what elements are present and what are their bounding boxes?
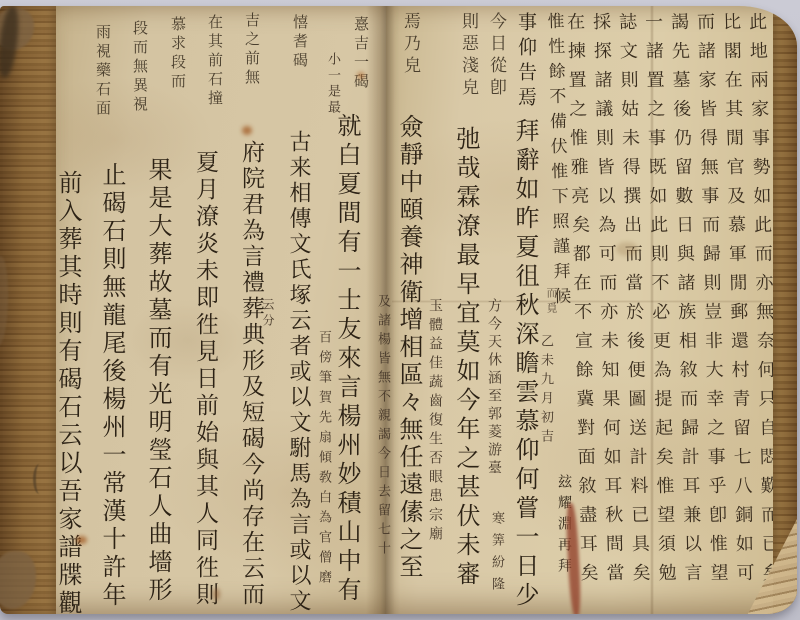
- main-column-1: 就白夏間有一士友來言楊州妙積山中有: [334, 113, 358, 606]
- main-column-7: 前入葬其時則有碣石云以吾家譜牒觀: [55, 170, 79, 614]
- main-column-5: 果是大葬故墓而有光明瑩石人曲墻形: [145, 157, 169, 605]
- top-small-column-4: 段而無異視: [131, 20, 146, 115]
- manuscript-book: 此地兩家事勢如此而亦無奈何只自悶歎而已矣 比閣在其閒官及慕軍閒郵還村青留七八銅如…: [0, 6, 797, 614]
- prev-entry-tail-3: 憘耆碣: [291, 14, 306, 71]
- foxing-spot-1: [242, 126, 252, 135]
- date-prefix-note: 而覓: [545, 287, 556, 317]
- letter-column-rains: 弛哉霖潦最早宜莫如今年之甚伏未審: [453, 126, 477, 590]
- interlinear-note-1: 云分: [262, 298, 274, 330]
- photo-backdrop: 此地兩家事勢如此而亦無奈何只自悶歎而已矣 比閣在其閒官及慕軍閒郵還村青留七八銅如…: [0, 0, 800, 620]
- torn-corner-bottom-left: [0, 551, 36, 609]
- torn-edge-fray: [0, 256, 8, 346]
- letter-head-4: 焉乃皃: [402, 12, 419, 78]
- main-column-6: 止碣石則無龍尾後楊州一常漢十許年: [99, 162, 123, 610]
- prev-entry-tail-1: 憙吉一碣: [352, 16, 367, 92]
- page-edge-stack-right: [773, 6, 797, 614]
- top-small-column-3: 慕求段而: [169, 16, 184, 92]
- letter-small-note-2: 寒筭紛隆: [491, 511, 504, 599]
- pen-mark-on-edge: [33, 464, 46, 494]
- prev-entry-tail-2: 小一是最: [327, 52, 340, 116]
- letter-head-2: 今日從卽: [488, 12, 505, 100]
- foxing-spot-2: [76, 536, 87, 544]
- top-small-column-2: 在其前石撞: [206, 14, 221, 109]
- interlinear-note-2: 百傍筆賀先扇傾敎白為官僧磨: [318, 330, 331, 590]
- main-column-4: 夏月潦炎未即徃見日前始與其人同徃則: [194, 150, 217, 609]
- letter-small-note-1: 方今天休涵至郭菱游臺: [486, 298, 500, 478]
- letter-column-regards: 僉靜中頤養神衛增相區々無任遠傃之至: [396, 114, 420, 582]
- main-column-3: 府院君為言禮葬典形及短碣今尚存在云而: [240, 140, 263, 608]
- top-small-column-5: 雨視藥石面: [94, 24, 109, 119]
- letter-head-3: 則惡淺皃: [460, 12, 477, 100]
- foxing-spot-3: [213, 588, 220, 600]
- letter-date-column: 乙未九月初吉: [540, 334, 553, 448]
- foxing-spot-4: [357, 72, 365, 79]
- letter-column-farewell: 拜辭如昨夏徂秋深瞻雲慕仰何嘗一日少: [512, 118, 536, 611]
- letter-small-note-4: 及諸楊皆無不親謁今日去留七十: [377, 294, 390, 560]
- page-edge-stack-left: [0, 6, 58, 614]
- letter-small-note-3: 玉體益佳蔬齒復生否眼患宗廟: [427, 298, 441, 545]
- paper-blotch: [616, 242, 638, 256]
- main-column-2: 古来相傳文氏塚云者或以文駙馬為言或以文: [288, 130, 310, 614]
- top-small-column-1: 吉之前無: [243, 12, 258, 88]
- letter-head-1: 事仰告焉: [516, 12, 535, 112]
